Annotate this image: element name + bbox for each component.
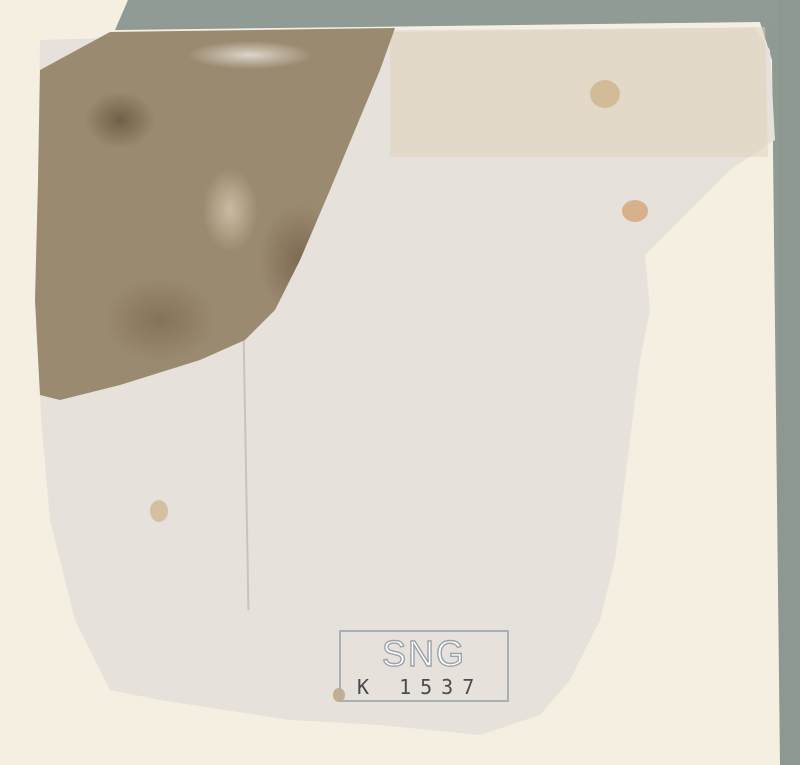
stain	[590, 80, 620, 108]
background-frame-top	[120, 0, 800, 26]
stain	[150, 500, 168, 522]
background-frame-right	[778, 0, 800, 765]
paper-fragment-discoloration	[390, 22, 770, 162]
stamp-institution-mark: SNG	[351, 634, 497, 674]
artwork-scan: SNG K 1537	[0, 0, 800, 765]
stamp-inventory-number: K 1537	[357, 676, 483, 698]
collection-stamp: SNG K 1537	[339, 630, 509, 702]
stain	[622, 200, 648, 222]
